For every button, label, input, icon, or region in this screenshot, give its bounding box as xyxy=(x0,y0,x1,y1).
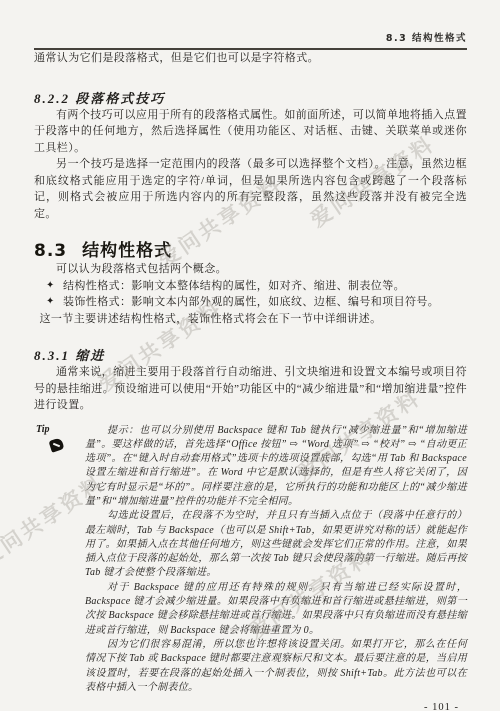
tip-sidebar-block: Tip 提示：也可以分别使用 Backspace 键和 Tab 键执行“减少缩进… xyxy=(85,424,467,696)
bullet-text: 结构性格式：影响文本整体结构的属性，如对齐、缩进、制表位等。 xyxy=(63,278,467,295)
lead-paragraph: 通常认为它们是段落格式，但是它们也可以是字符格式。 xyxy=(34,50,467,67)
bullet-text: 装饰性格式：影响文本内部外观的属性，如底纹、边框、编号和项目符号。 xyxy=(63,294,467,311)
book-page: 8.3 结构性格式 通常认为它们是段落格式，但是它们也可以是字符格式。 8.2.… xyxy=(0,0,500,711)
tip-paragraphs: 提示：也可以分别使用 Backspace 键和 Tab 键执行“减少缩进量”和“… xyxy=(85,424,467,696)
heading-8-3-number: 8.3 xyxy=(34,241,67,261)
heading-8-3: 8.3结构性格式 xyxy=(34,236,467,261)
bullet-item-decorative: ✦ 装饰性格式：影响文本内部外观的属性，如底纹、边框、编号和项目符号。 xyxy=(34,294,467,311)
paragraph-83-intro: 可以认为段落格式包括两个概念。 xyxy=(34,261,467,278)
paragraph-822-1: 有两个技巧可以应用于所有的段落格式属性。如前面所述，可以简单地将插入点置于段落中… xyxy=(34,107,467,157)
bullet-star-icon: ✦ xyxy=(46,294,63,311)
running-header: 8.3 结构性格式 xyxy=(34,30,467,44)
bullet-star-icon: ✦ xyxy=(46,278,63,295)
heading-8-3-1: 8.3.1 缩进 xyxy=(34,345,467,364)
tip-paragraph-2: 勾选此设置后，在段落不为空时，并且只有当插入点位于（段落中任意行的）最左端时，T… xyxy=(85,509,467,580)
tip-paragraph-1: 提示：也可以分别使用 Backspace 键和 Tab 键执行“减少缩进量”和“… xyxy=(85,424,467,510)
tip-paragraph-3: 对于 Backspace 键的应用还有特殊的规则。只有当缩进已经实际设置时，Ba… xyxy=(85,581,467,638)
tip-paragraph-4: 因为它们很容易混淆，所以您也许想将该设置关闭。如果打开它，那么在任何情况下按 T… xyxy=(85,638,467,695)
tip-label: Tip xyxy=(36,424,50,435)
page-number: - 101 - xyxy=(34,702,467,711)
heading-8-2-2: 8.2.2 段落格式技巧 xyxy=(34,88,467,107)
scanned-book-page: { "page_header": { "section_label": "8.3… xyxy=(0,0,500,711)
paragraph-831: 通常来说，缩进主要用于段落首行自动缩进、引文块缩进和设置文本编号或项目符号的悬挂… xyxy=(34,364,467,414)
paragraph-83-closing: 这一节主要讲述结构性格式，装饰性格式将会在下一节中详细讲述。 xyxy=(34,311,467,328)
bullet-item-structural: ✦ 结构性格式：影响文本整体结构的属性，如对齐、缩进、制表位等。 xyxy=(34,278,467,295)
tip-icon xyxy=(48,437,64,452)
heading-8-3-title: 结构性格式 xyxy=(82,241,172,261)
paragraph-822-2: 另一个技巧是选择一定范围内的段落（最多可以选择整个文档）。注意，虽然边框和底纹格… xyxy=(34,156,467,222)
